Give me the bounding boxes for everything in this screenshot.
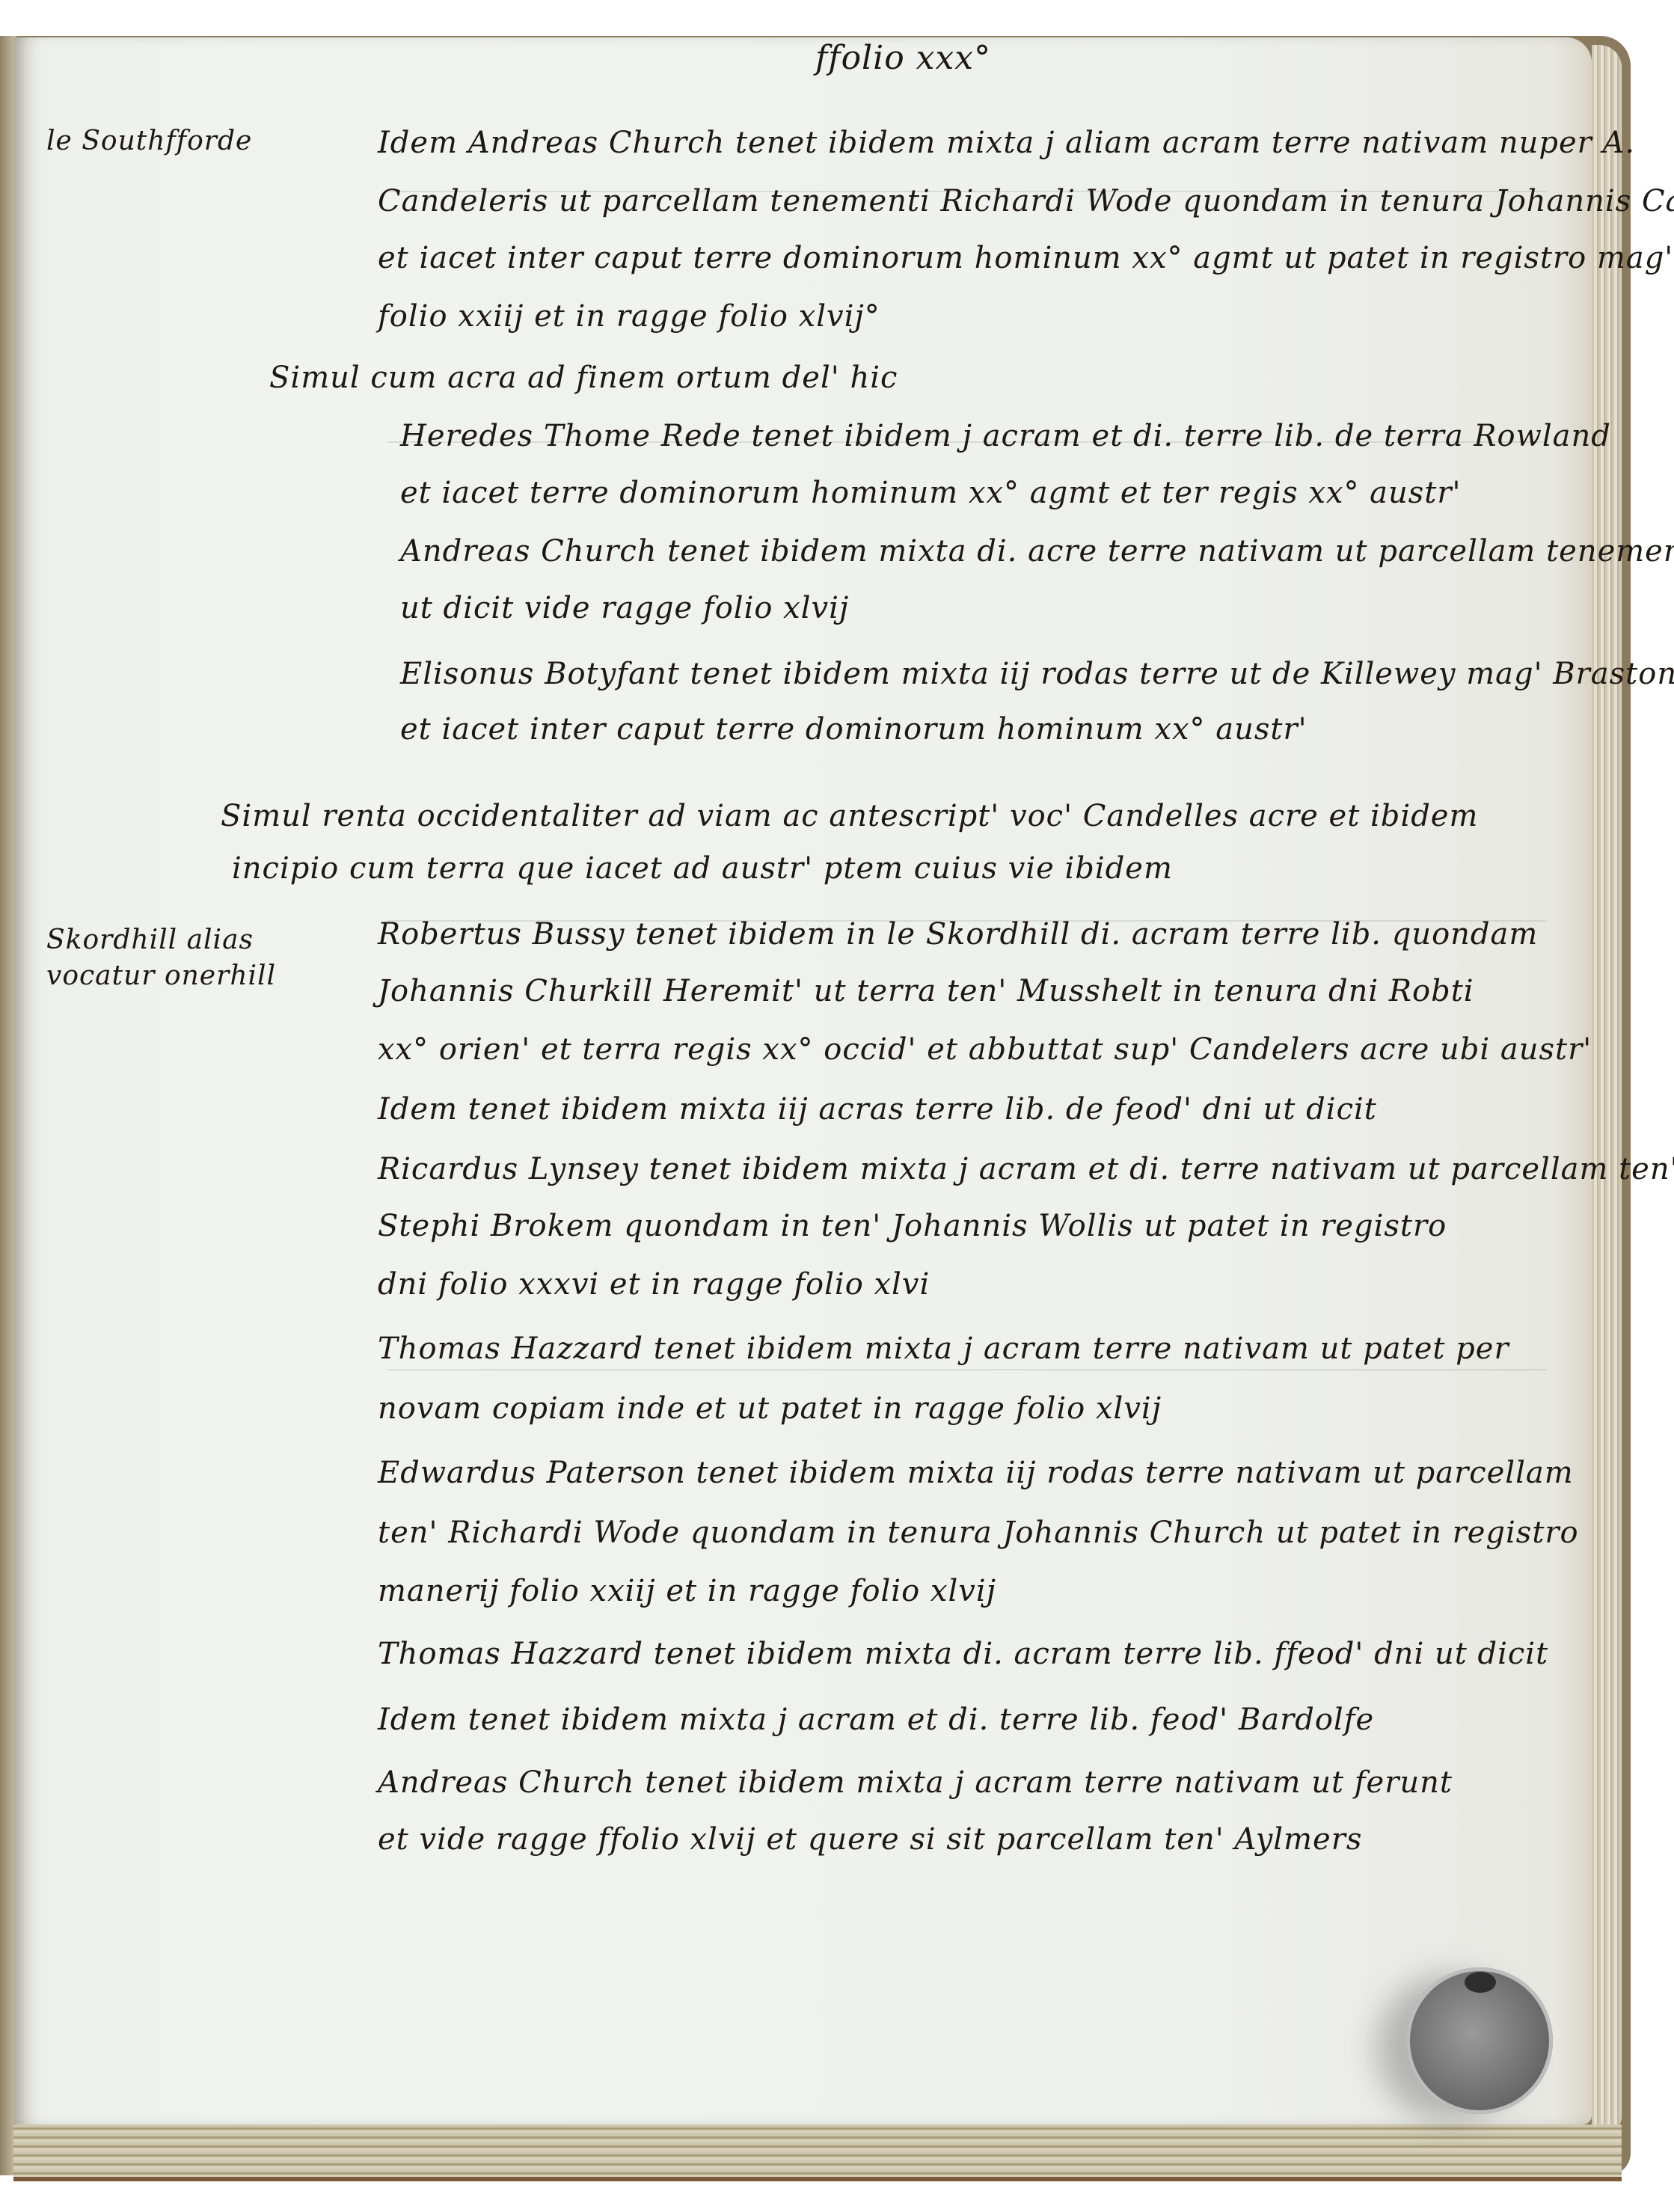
ruled-line: [387, 1369, 1547, 1370]
text-line: incipio cum terra que iacet ad austr' pt…: [232, 851, 1173, 886]
text-line: xx° orien' et terra regis xx° occid' et …: [378, 1032, 1592, 1067]
text-line: Candeleris ut parcellam tenementi Richar…: [378, 184, 1674, 218]
text-line: Simul cum acra ad finem ortum del' hic: [269, 361, 898, 395]
text-line: Johannis Churkill Heremit' ut terra ten'…: [378, 974, 1474, 1008]
page-bottom-edge: [13, 2124, 1622, 2181]
text-line: Simul renta occidentaliter ad viam ac an…: [221, 799, 1478, 833]
text-line: novam copiam inde et ut patet in ragge f…: [378, 1391, 1162, 1426]
margin-note: Skordhill alias: [46, 925, 254, 955]
text-line: Edwardus Paterson tenet ibidem mixta iij…: [378, 1456, 1574, 1490]
text-line: et iacet terre dominorum hominum xx° agm…: [400, 476, 1462, 510]
text-line: manerij folio xxiij et in ragge folio xl…: [378, 1574, 996, 1608]
manuscript-page: [13, 37, 1592, 2124]
text-line: Idem tenet ibidem mixta iij acras terre …: [378, 1092, 1377, 1127]
text-line: Robertus Bussy tenet ibidem in le Skordh…: [378, 917, 1538, 952]
text-line: et vide ragge ffolio xlvij et quere si s…: [378, 1822, 1362, 1857]
text-line: dni folio xxxvi et in ragge folio xlvi: [378, 1267, 930, 1302]
margin-note: le Southfforde: [46, 126, 252, 156]
text-line: Idem Andreas Church tenet ibidem mixta j…: [378, 126, 1635, 160]
text-line: Idem tenet ibidem mixta j acram et di. t…: [378, 1703, 1374, 1737]
text-line: ten' Richardi Wode quondam in tenura Joh…: [378, 1516, 1579, 1550]
text-line: Stephi Brokem quondam in ten' Johannis W…: [378, 1209, 1447, 1243]
text-line: Thomas Hazzard tenet ibidem mixta j acra…: [378, 1332, 1509, 1366]
text-line: et iacet inter caput terre dominorum hom…: [378, 241, 1673, 275]
text-line: Thomas Hazzard tenet ibidem mixta di. ac…: [378, 1637, 1548, 1671]
folio-heading: ffolio xxx°: [815, 39, 991, 77]
text-line: Ricardus Lynsey tenet ibidem mixta j acr…: [378, 1152, 1674, 1186]
text-line: Andreas Church tenet ibidem mixta di. ac…: [400, 534, 1674, 569]
text-line: Andreas Church tenet ibidem mixta j acra…: [378, 1765, 1453, 1800]
page-fore-edge: [1592, 45, 1622, 2132]
page-weight-magnet: [1406, 1967, 1553, 2114]
text-line: folio xxiij et in ragge folio xlvij°: [378, 299, 880, 334]
margin-note: vocatur onerhill: [46, 961, 276, 991]
text-line: Heredes Thome Rede tenet ibidem j acram …: [400, 419, 1611, 453]
text-line: et iacet inter caput terre dominorum hom…: [400, 712, 1307, 747]
text-line: ut dicit vide ragge folio xlvij: [400, 591, 849, 625]
text-line: Elisonus Botyfant tenet ibidem mixta iij…: [400, 657, 1674, 691]
